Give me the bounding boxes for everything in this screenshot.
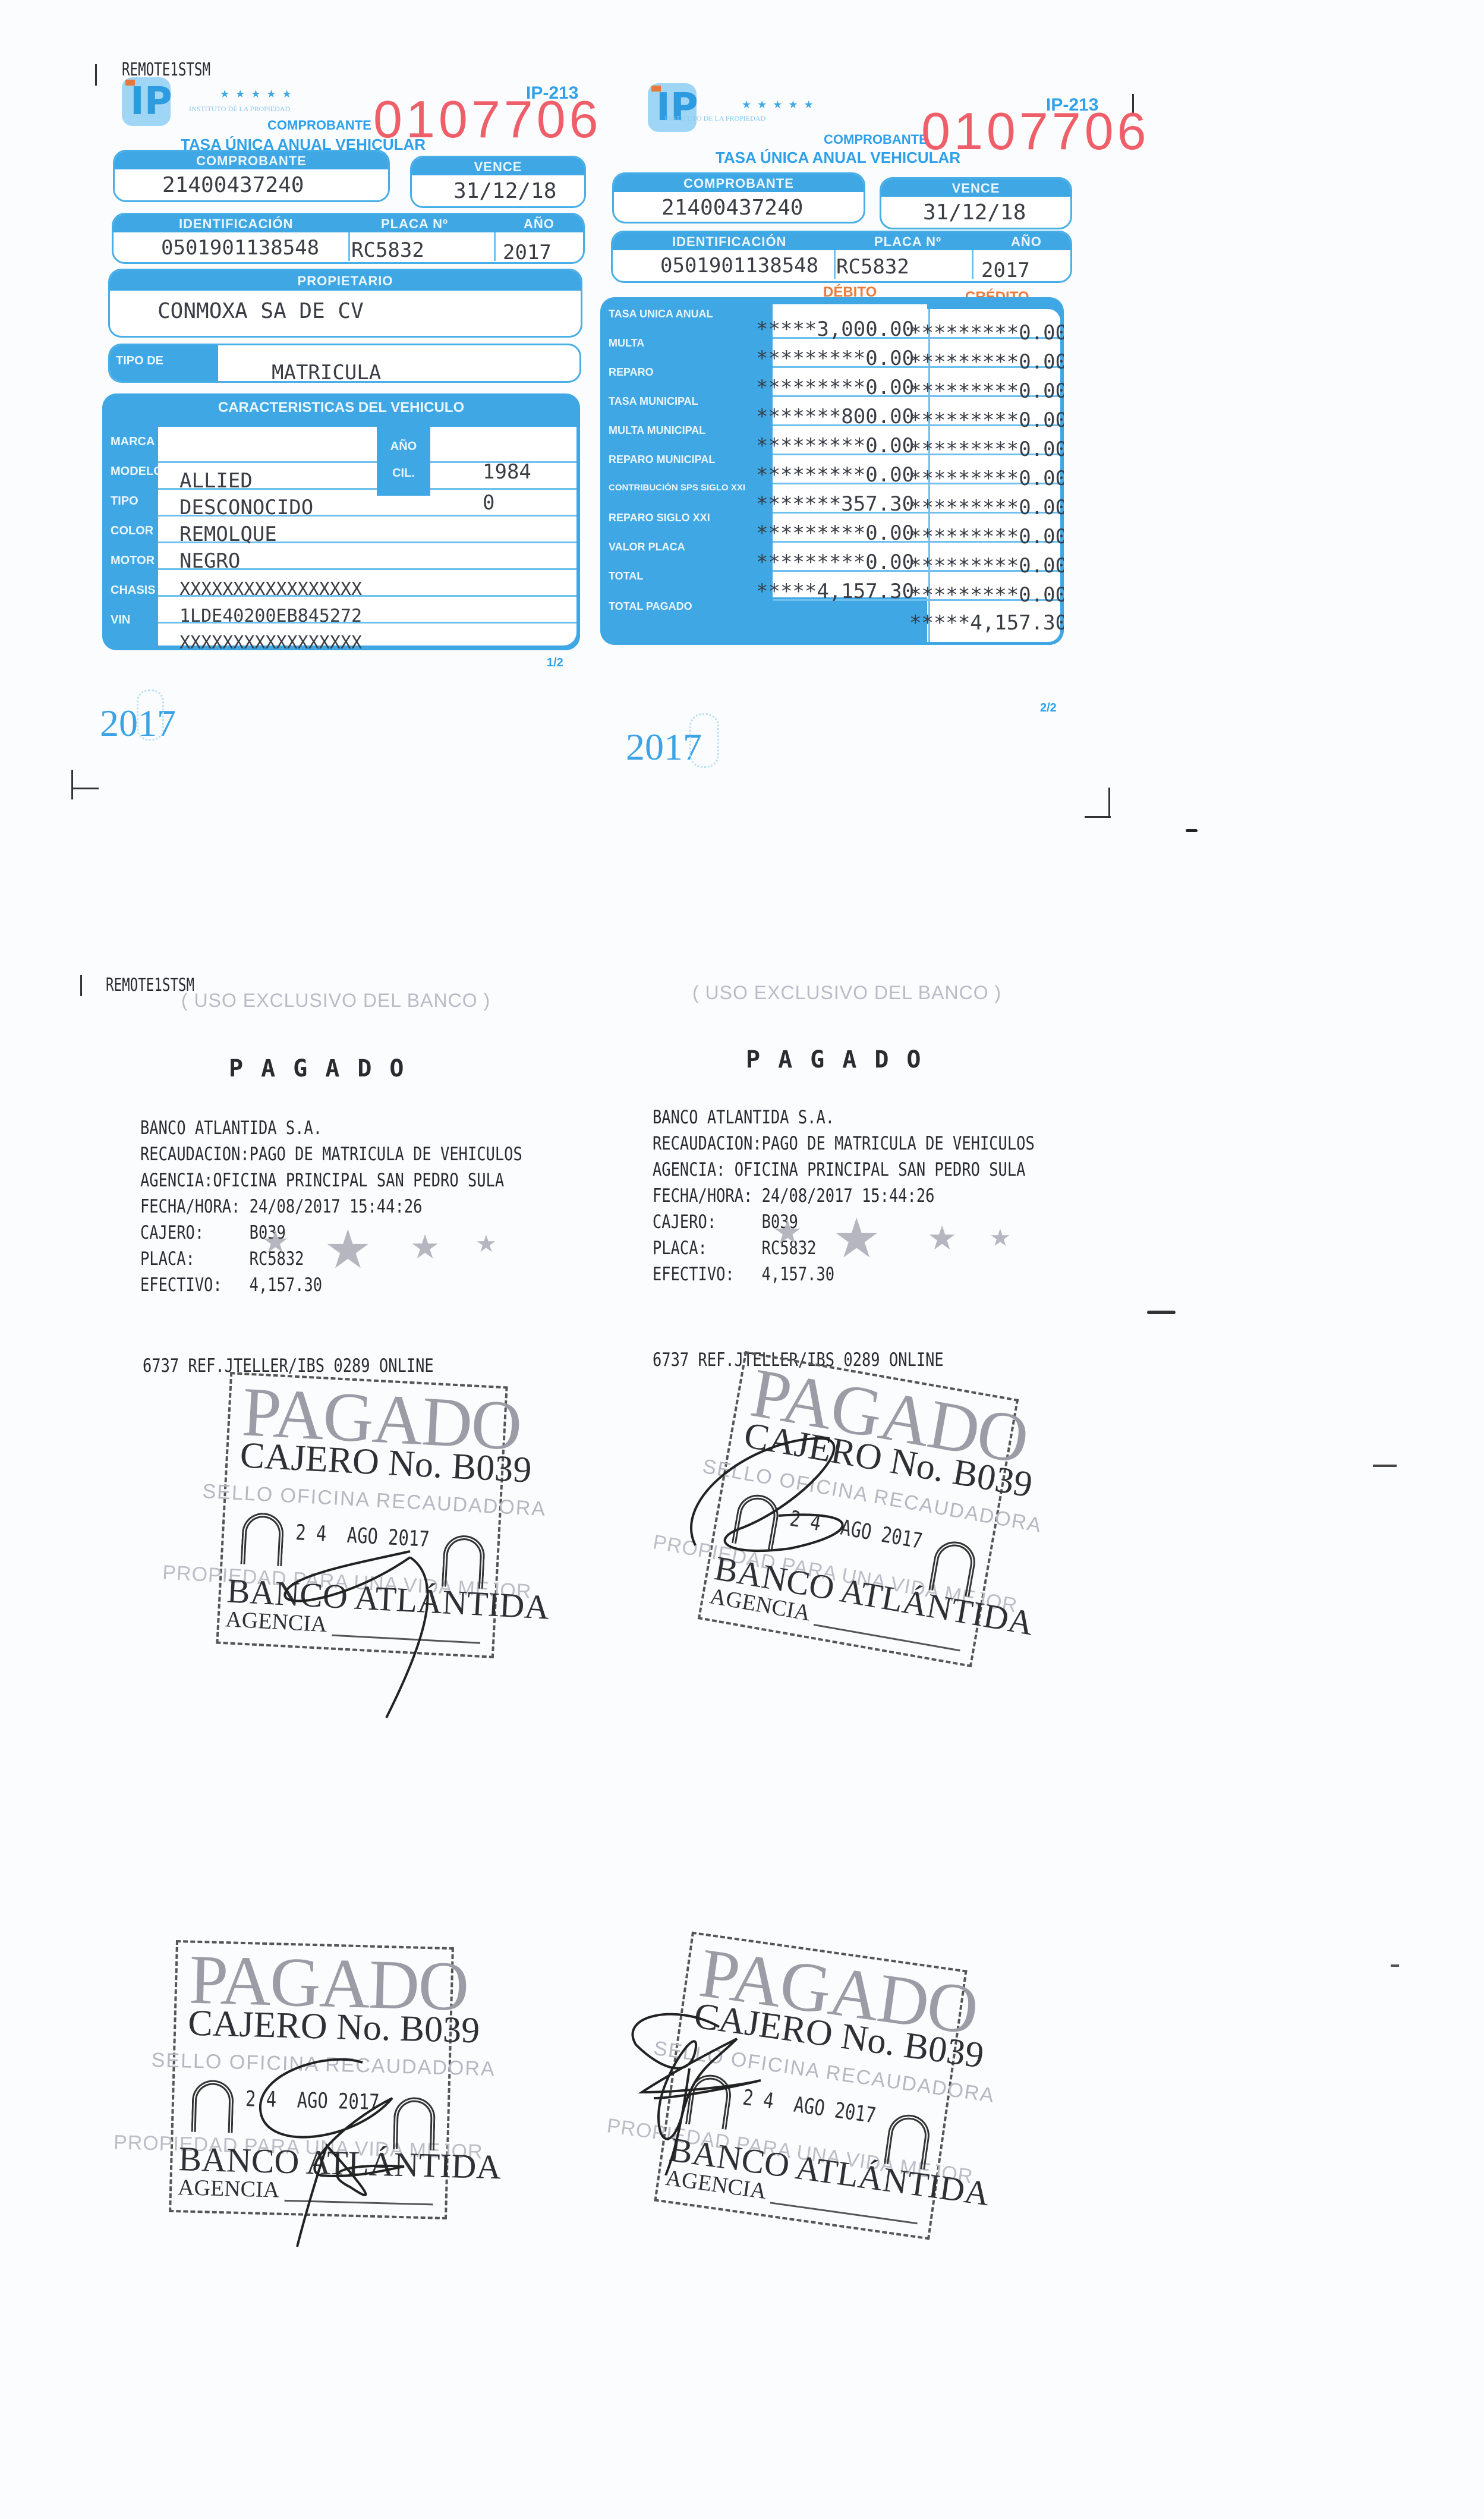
credito-value: *********0.00 [909,467,1064,490]
total-pagado-value: *****4,157.30 [909,611,1064,635]
debito-value: *****3,000.00 [756,317,914,341]
vehicle-anio-label: AÑO [377,427,430,454]
stamp-agency-line [814,1624,960,1651]
voucher-title: TASA ÚNICA ANUAL VEHICULAR [689,149,987,167]
paid-stamp: PAGADOCAJERO No. B039SELLO OFICINA RECAU… [169,1940,454,2219]
identificacion-value: 0501901138548 [161,236,319,260]
star-watermark-icon: ★ [475,1230,497,1258]
star-watermark-icon: ★ [261,1224,289,1260]
receipt-line: RECAUDACION:PAGO DE MATRICULA DE VEHICUL… [653,1133,1035,1154]
page-number-1: 1/2 [547,656,563,670]
stamp-agency: AGENCIA [225,1606,327,1638]
scan-mark [1108,788,1110,817]
scan-mark [71,788,99,789]
amount-label: TASA UNICA ANUAL [609,308,713,320]
anio-header: AÑO [524,215,554,234]
debito-value: *********0.00 [756,521,914,545]
tipo-operacion-value: MATRICULA [272,361,381,383]
scan-mark [1085,816,1111,818]
credito-value: *********0.00 [909,350,1064,374]
bank-logo-icon [191,2080,234,2133]
vehicle-cil-label: CIL. [377,454,430,480]
amount-label: VALOR PLACA [609,541,685,553]
star-watermark-icon: ★ [927,1218,957,1258]
stars-icon: ★★★★★ [220,88,298,100]
receipt-line: FECHA/HORA: 24/08/2017 15:44:26 [653,1185,934,1207]
vehicle-title: CARACTERISTICAS DEL VEHICULO [102,393,580,421]
label-motor: MOTOR [102,546,156,575]
credito-value: *********0.00 [909,379,1064,403]
scan-mark [71,770,73,799]
identificacion-value: 0501901138548 [660,254,818,278]
value-tipo: REMOLQUE [179,522,277,546]
bank-logo-icon [732,1491,782,1550]
comprobante-box: COMPROBANTE 21400437240 [113,150,390,202]
ip-logo: IP [648,83,697,132]
ip-watermark-icon [137,689,164,741]
paid-status: PAGADO [746,1046,939,1073]
comprobante-value: 21400437240 [115,169,388,197]
debito-value: *********0.00 [756,347,914,370]
value-color: NEGRO [179,549,240,573]
propietario-value: CONMOXA SA DE CV [110,291,581,323]
label-tipo: TIPO [102,486,156,516]
scan-speck [1186,829,1198,832]
stamp-agency-line [770,2202,918,2224]
row-modelo: DESCONOCIDO [158,490,576,517]
amount-label: MULTA [609,337,644,349]
comprobante-header: COMPROBANTE [115,152,388,169]
credito-value: *********0.00 [909,554,1064,578]
anio-cil-labels: AÑO CIL. [377,427,430,496]
page-number-2: 2/2 [1040,701,1057,715]
star-watermark-icon: ★ [324,1218,372,1281]
comprobante-box: COMPROBANTE 21400437240 [612,172,865,223]
vence-header: VENCE [412,158,584,175]
propietario-box: PROPIETARIO CONMOXA SA DE CV [108,269,582,338]
ip-logo: IP [122,77,171,126]
vence-value: 31/12/18 [881,197,1070,225]
star-watermark-icon: ★ [832,1207,881,1270]
row-color: NEGRO [158,543,576,570]
credito-value: *********0.00 [909,437,1064,461]
vence-header: VENCE [881,179,1070,197]
stamp-office-seal: SELLO OFICINA RECAUDADORA [151,2049,496,2081]
paid-stamp: PAGADOCAJERO No. B039SELLO OFICINA RECAU… [698,1351,1019,1667]
vence-box: VENCE 31/12/18 [410,156,586,208]
comprobante-label: COMPROBANTE [267,118,371,133]
row-tipo: REMOLQUE [158,517,576,543]
receipt-line: BANCO ATLANTIDA S.A. [653,1107,834,1128]
stamp-cashier: CAJERO No. B039 [187,2002,480,2052]
tipo-operacion-box: TIPO DE OPERACIÓN MATRICULA [108,344,581,383]
label-marca: MARCA [102,427,156,456]
vehicle-characteristics: CARACTERISTICAS DEL VEHICULO MARCA MODEL… [102,393,580,650]
institution-name: INSTITUTO DE LA PROPIEDAD [189,105,290,114]
credito-value: *********0.00 [909,496,1064,519]
stamp-date: 2 4 AGO 2017 [741,2086,877,2128]
receipt-line: FECHA/HORA: 24/08/2017 15:44:26 [140,1196,422,1217]
star-watermark-icon: ★ [773,1213,802,1252]
anio-header: AÑO [1011,232,1042,251]
anio-value: 2017 [503,241,552,264]
credito-value: *********0.00 [909,583,1064,607]
scan-mark [95,64,97,86]
star-watermark-icon: ★ [410,1227,440,1267]
divider [834,250,836,279]
bank-use-label: ( USO EXCLUSIVO DEL BANCO ) [181,990,490,1012]
amount-label: CONTRIBUCIÓN SPS SIGLO XXI [609,483,745,493]
bank-logo-icon [240,1512,285,1567]
label-color: COLOR [102,516,156,546]
debito-value: *********0.00 [756,434,914,458]
credito-value: *********0.00 [909,525,1064,549]
vehicle-anio-value: 1984 [483,460,531,484]
value-vin: XXXXXXXXXXXXXXXXX [179,632,362,650]
value-marca: ALLIED [179,469,253,493]
stamp-agency-line [285,2200,433,2206]
amount-label: REPARO [609,366,654,379]
amount-label: REPARO MUNICIPAL [609,454,715,466]
debito-value: *******800.00 [756,405,914,429]
paid-stamp: PAGADOCAJERO No. B039SELLO OFICINA RECAU… [654,1932,967,2240]
vence-value: 31/12/18 [412,175,584,203]
paid-stamp: PAGADOCAJERO No. B039SELLO OFICINA RECAU… [216,1372,508,1658]
stamp-date: 2 4 AGO 2017 [295,1520,430,1552]
debito-value: *******357.30 [756,492,914,516]
bank-logo-icon [685,2072,734,2130]
receipt-line: BANCO ATLANTIDA S.A. [140,1117,322,1139]
receipt-line: AGENCIA:OFICINA PRINCIPAL SAN PEDRO SULA [140,1170,504,1191]
vehicle-labels: MARCA MODELO TIPO COLOR MOTOR CHASIS VIN [102,427,156,635]
row-blank [158,427,576,463]
debito-value: *****4,157.30 [756,580,914,603]
credito-value: *********0.00 [909,408,1064,432]
bank-logo-icon [884,2112,932,2170]
stamp-agency: AGENCIA [178,2174,280,2203]
vence-box: VENCE 31/12/18 [880,177,1072,229]
identificacion-header: IDENTIFICACIÓN [179,215,293,234]
placa-header: PLACA Nº [874,232,941,251]
debito-value: *********0.00 [756,550,914,574]
placa-value: RC5832 [836,255,909,279]
stamp-date: 2 4 AGO 2017 [245,2087,380,2115]
amount-label: REPARO SIGLO XXI [609,512,710,524]
debito-value: *********0.00 [756,376,914,399]
scan-mark [80,975,82,996]
label-vin: VIN [102,605,156,635]
scan-speck [1147,1311,1176,1314]
identificacion-box: IDENTIFICACIÓN PLACA Nº AÑO 050190113854… [112,213,585,264]
identificacion-header-bar: IDENTIFICACIÓN PLACA Nº AÑO [114,215,583,232]
scan-speck [1373,1465,1397,1467]
credito-value: *********0.00 [909,321,1064,345]
row-vin: XXXXXXXXXXXXXXXXX [158,624,576,648]
comprobante-header: COMPROBANTE [614,174,864,192]
label-chasis: CHASIS [102,575,156,605]
receipt-line: EFECTIVO: 4,157.30 [653,1264,834,1285]
identificacion-box: IDENTIFICACIÓN PLACA Nº AÑO 050190113854… [611,231,1072,283]
amount-label: MULTA MUNICIPAL [609,424,705,437]
comprobante-value: 21400437240 [614,192,864,220]
star-watermark-icon: ★ [990,1224,1011,1252]
label-modelo: MODELO [102,456,156,486]
bank-use-label: ( USO EXCLUSIVO DEL BANCO ) [692,982,1001,1004]
paid-status: PAGADO [229,1055,422,1082]
ip-watermark-icon [689,713,719,768]
divider [972,250,973,279]
amount-label: TASA MUNICIPAL [609,395,698,408]
anio-value: 2017 [981,259,1030,282]
propietario-header: PROPIETARIO [110,270,581,291]
debito-value: *********0.00 [756,463,914,487]
bank-logo-icon [442,1534,486,1589]
tipo-operacion-header: TIPO DE OPERACIÓN [110,345,218,381]
identificacion-header: IDENTIFICACIÓN [672,232,786,251]
stamp-agency-line [332,1635,480,1644]
total-pagado-label: TOTAL PAGADO [609,600,692,613]
amount-label: TOTAL [609,570,643,582]
comprobante-label: COMPROBANTE [824,132,928,147]
divider [494,232,496,261]
placa-value: RC5832 [351,238,424,262]
vehicle-cil-value: 0 [483,491,494,515]
divider [348,232,350,261]
receipt-line: RECAUDACION:PAGO DE MATRICULA DE VEHICUL… [140,1144,522,1165]
value-modelo: DESCONOCIDO [179,496,313,519]
receipt-line: AGENCIA: OFICINA PRINCIPAL SAN PEDRO SUL… [653,1159,1025,1180]
institution-name: INSTITUTO DE LA PROPIEDAD [664,114,765,123]
row-chasis: 1LDE40200EB845272 [158,597,576,624]
stars-icon: ★★★★★ [742,99,820,111]
bank-logo-icon [393,2097,436,2150]
amounts-table: TASA UNICA ANUAL*****3,000.00*********0.… [600,297,1064,645]
row-motor: XXXXXXXXXXXXXXXXX [158,570,576,597]
receipt-line: EFECTIVO: 4,157.30 [140,1274,322,1296]
identificacion-header-bar: IDENTIFICACIÓN PLACA Nº AÑO [613,232,1070,250]
logo-text: IP [130,83,172,120]
placa-header: PLACA Nº [381,215,448,234]
scan-speck [1391,1964,1399,1967]
